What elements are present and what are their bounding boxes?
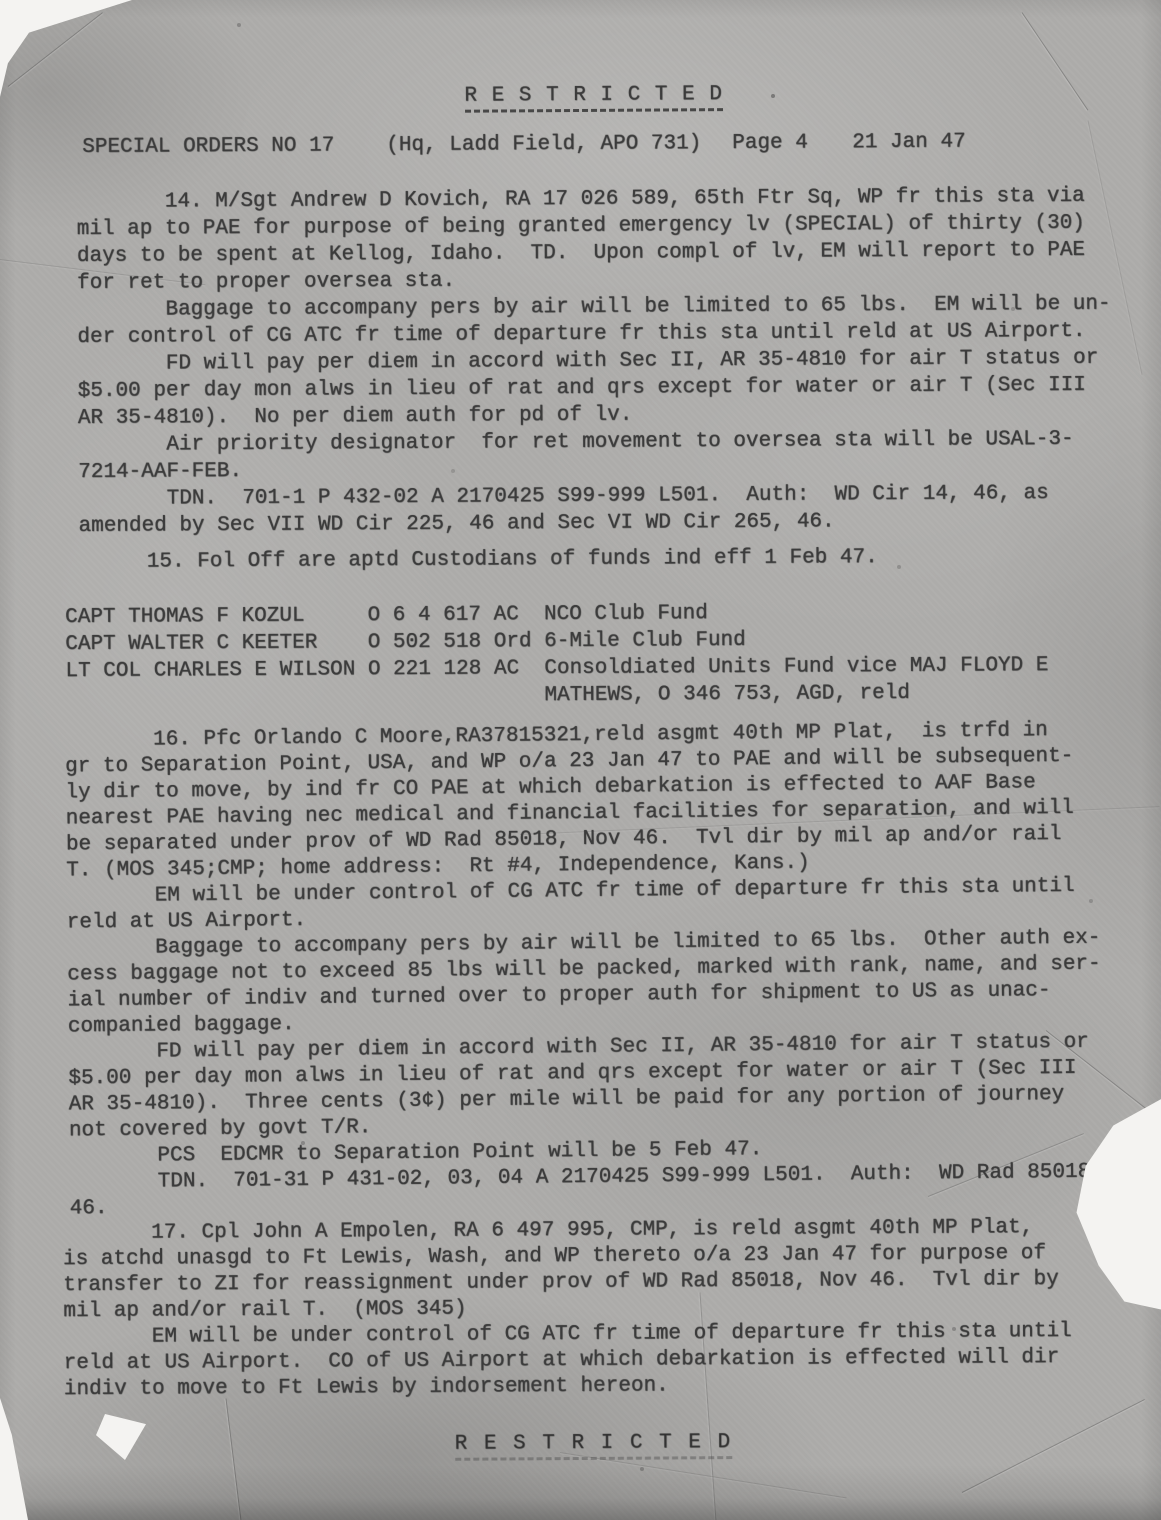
scanned-document-page: R E S T R I C T E D SPECIAL ORDERS NO 17… — [0, 0, 1161, 1520]
edge-shading — [0, 0, 1161, 1520]
